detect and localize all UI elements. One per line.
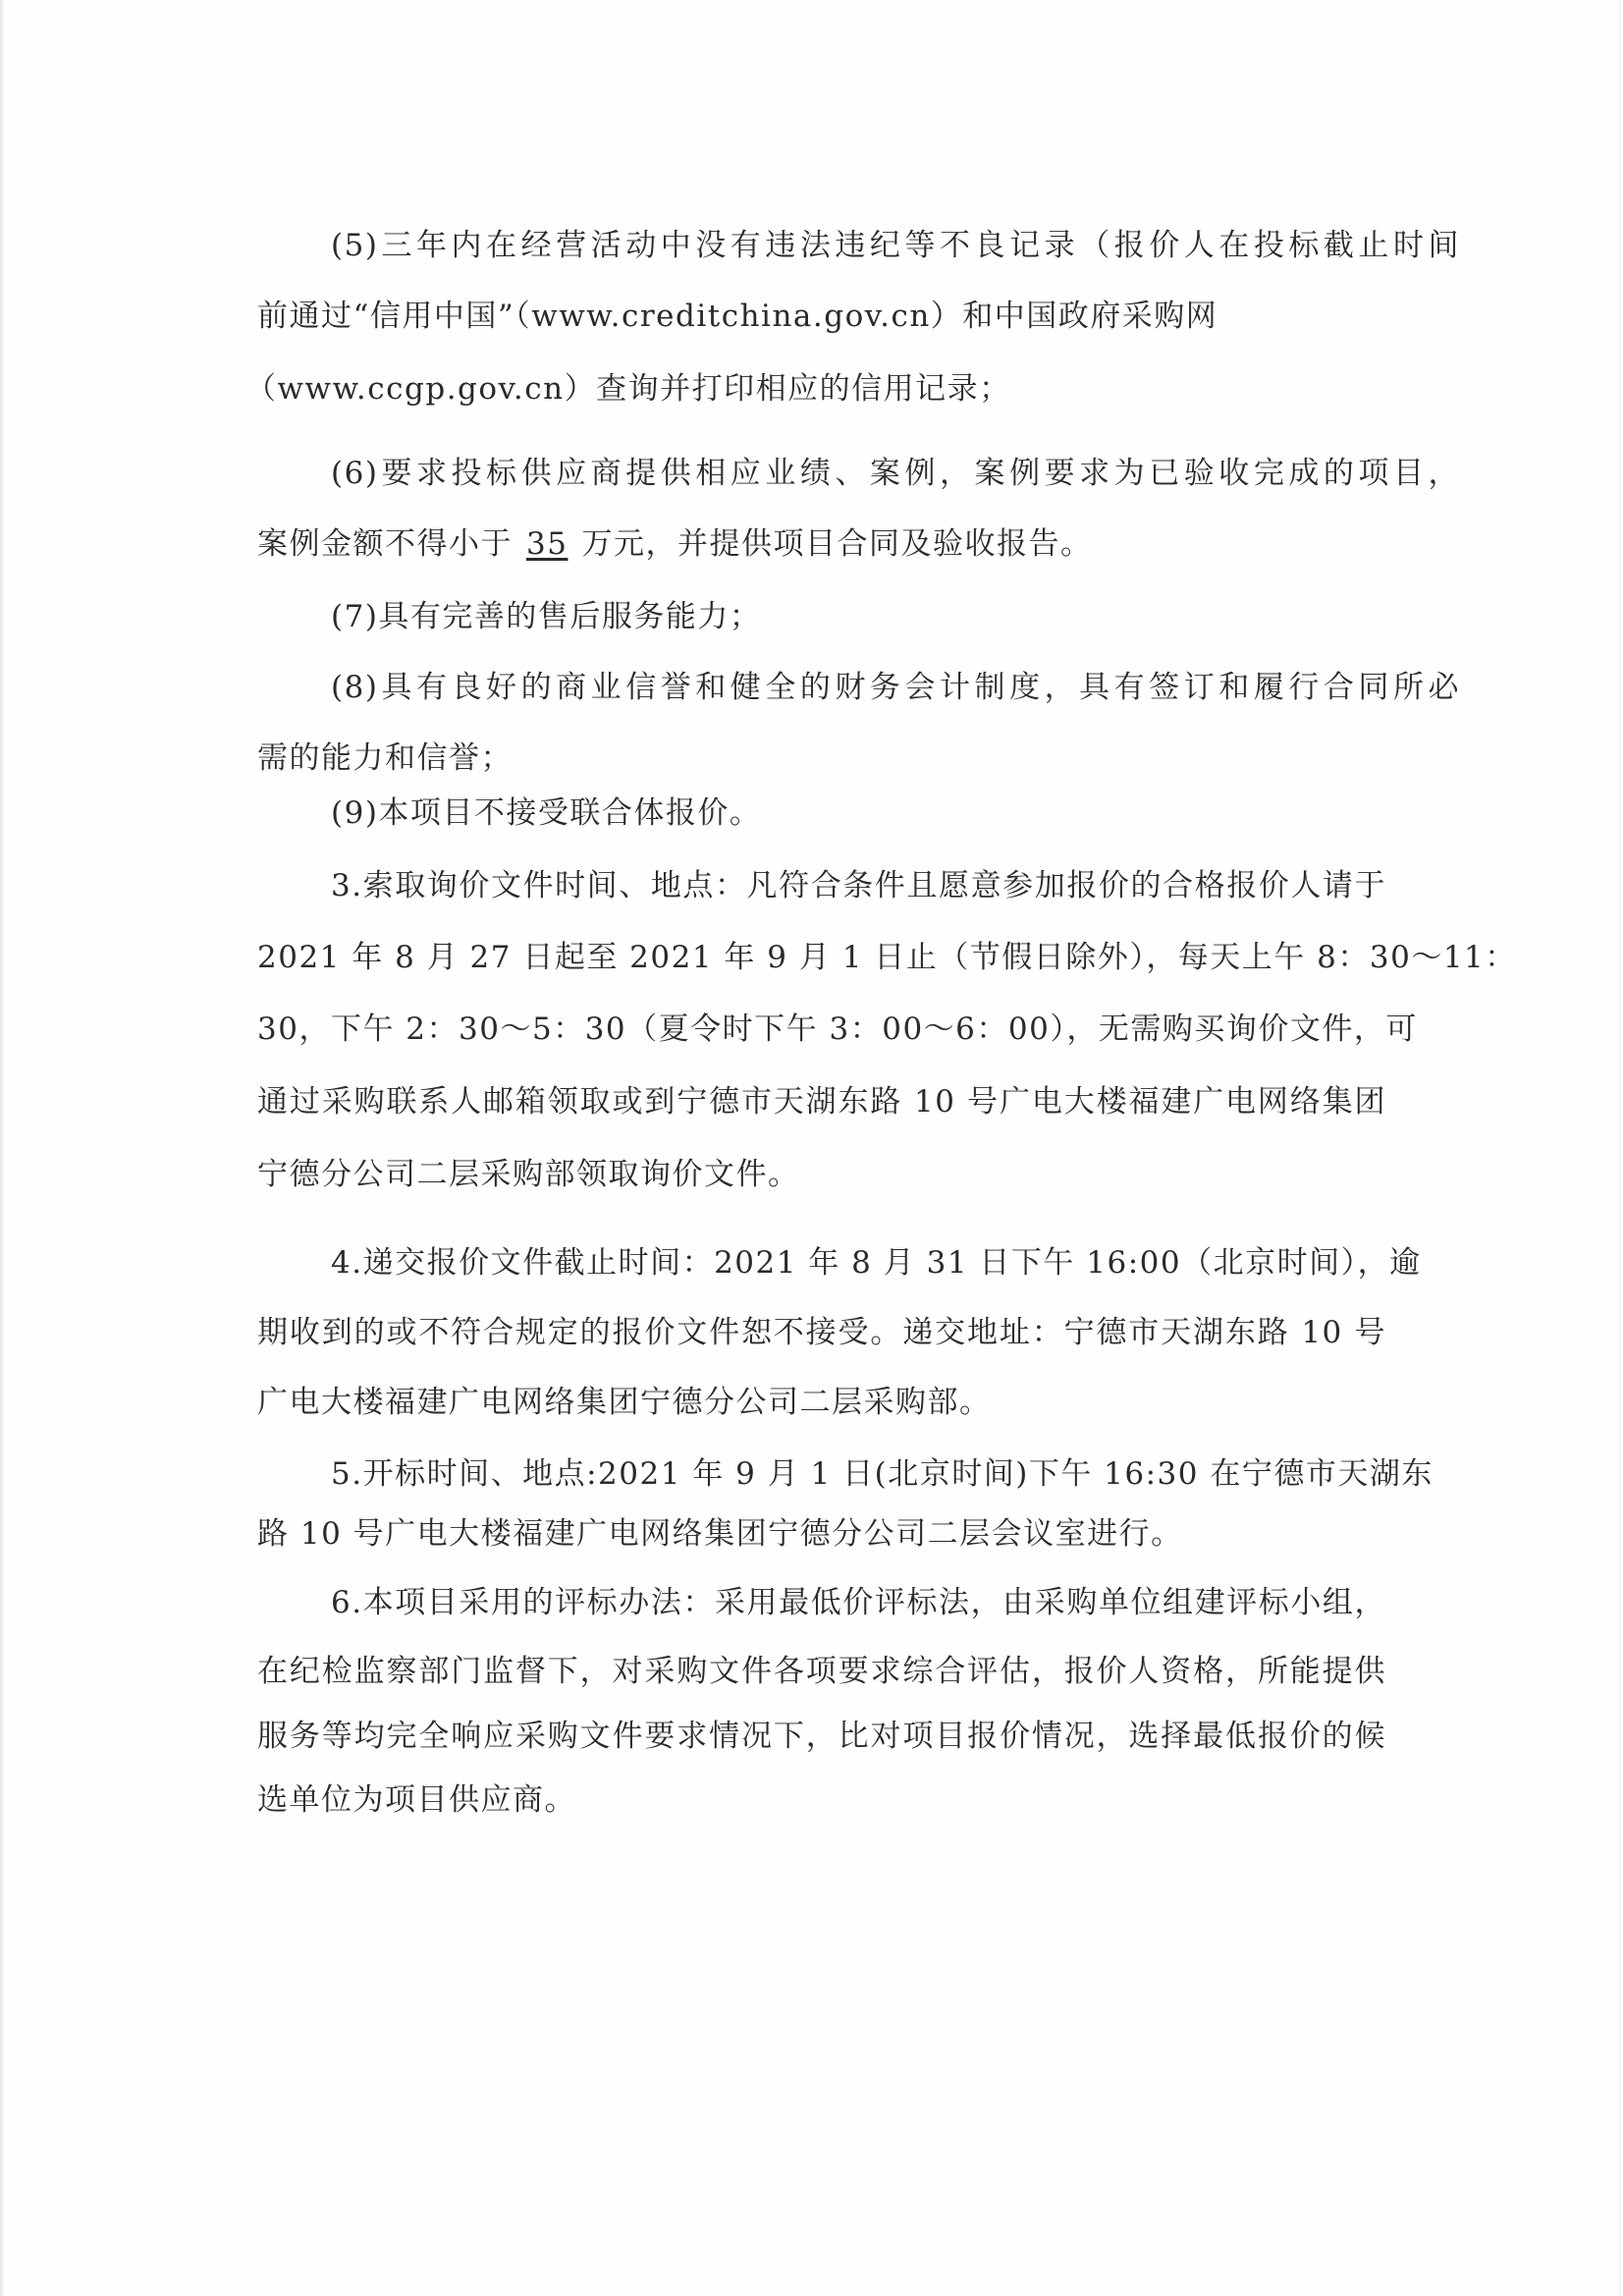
min-amount-value: 35 (513, 526, 581, 562)
section-3-line-2: 2021 年 8 月 27 日起至 2021 年 9 月 1 日止（节假日除外）… (257, 938, 1386, 977)
section-3-line-3: 30，下午 2：30～5：30（夏令时下午 3：00～6：00），无需购买询价文… (257, 1010, 1386, 1049)
section-4-line-1: 4.递交报价文件截止时间：2021 年 8 月 31 日下午 16:00（北京时… (331, 1243, 1386, 1283)
section-5-line-2: 路 10 号广电大楼福建广电网络集团宁德分公司二层会议室进行。 (257, 1514, 1386, 1554)
section-3-line-4: 通过采购联系人邮箱领取或到宁德市天湖东路 10 号广电大楼福建广电网络集团 (257, 1082, 1386, 1121)
section-6-line-1: 6.本项目采用的评标办法：采用最低价评标法，由采购单位组建评标小组， (331, 1583, 1386, 1622)
item-9-line-1: (9)本项目不接受联合体报价。 (331, 793, 1460, 833)
item-5-line-2: 前通过“信用中国”（www.creditchina.gov.cn）和中国政府采购… (257, 297, 1386, 336)
document-page: (5)三年内在经营活动中没有违法违纪等不良记录（报价人在投标截止时间 前通过“信… (0, 0, 1623, 2296)
item-7-line-1: (7)具有完善的售后服务能力； (331, 597, 1460, 636)
item-6-line-2: 案例金额不得小于35万元，并提供项目合同及验收报告。 (257, 524, 1386, 564)
item-5-line-3: （www.ccgp.gov.cn）查询并打印相应的信用记录； (245, 369, 1375, 409)
item-6-line-1: (6)要求投标供应商提供相应业绩、案例，案例要求为已验收完成的项目， (331, 454, 1460, 493)
section-3-line-1: 3.索取询价文件时间、地点：凡符合条件且愿意参加报价的合格报价人请于 (331, 866, 1386, 905)
item-8-line-1: (8)具有良好的商业信誉和健全的财务会计制度，具有签订和履行合同所必 (331, 668, 1460, 707)
item-8-line-2: 需的能力和信誉； (257, 738, 1386, 778)
section-3-line-5: 宁德分公司二层采购部领取询价文件。 (257, 1155, 1386, 1194)
item-5-line-1: (5)三年内在经营活动中没有违法违纪等不良记录（报价人在投标截止时间 (331, 226, 1460, 265)
section-4-line-3: 广电大楼福建广电网络集团宁德分公司二层采购部。 (257, 1383, 1386, 1422)
section-4-line-2: 期收到的或不符合规定的报价文件恕不接受。递交地址：宁德市天湖东路 10 号 (257, 1313, 1386, 1352)
scan-edge (1619, 0, 1621, 2296)
item-6-text-suffix: 万元，并提供项目合同及验收报告。 (581, 526, 1092, 562)
item-6-text-prefix: 案例金额不得小于 (257, 526, 513, 562)
section-6-line-4: 选单位为项目供应商。 (257, 1780, 1386, 1820)
section-5-line-1: 5.开标时间、地点:2021 年 9 月 1 日(北京时间)下午 16:30 在… (331, 1454, 1386, 1494)
scan-edge (0, 0, 4, 2296)
section-6-line-3: 服务等均完全响应采购文件要求情况下，比对项目报价情况，选择最低报价的候 (257, 1717, 1386, 1756)
section-6-line-2: 在纪检监察部门监督下，对采购文件各项要求综合评估，报价人资格，所能提供 (257, 1652, 1386, 1691)
